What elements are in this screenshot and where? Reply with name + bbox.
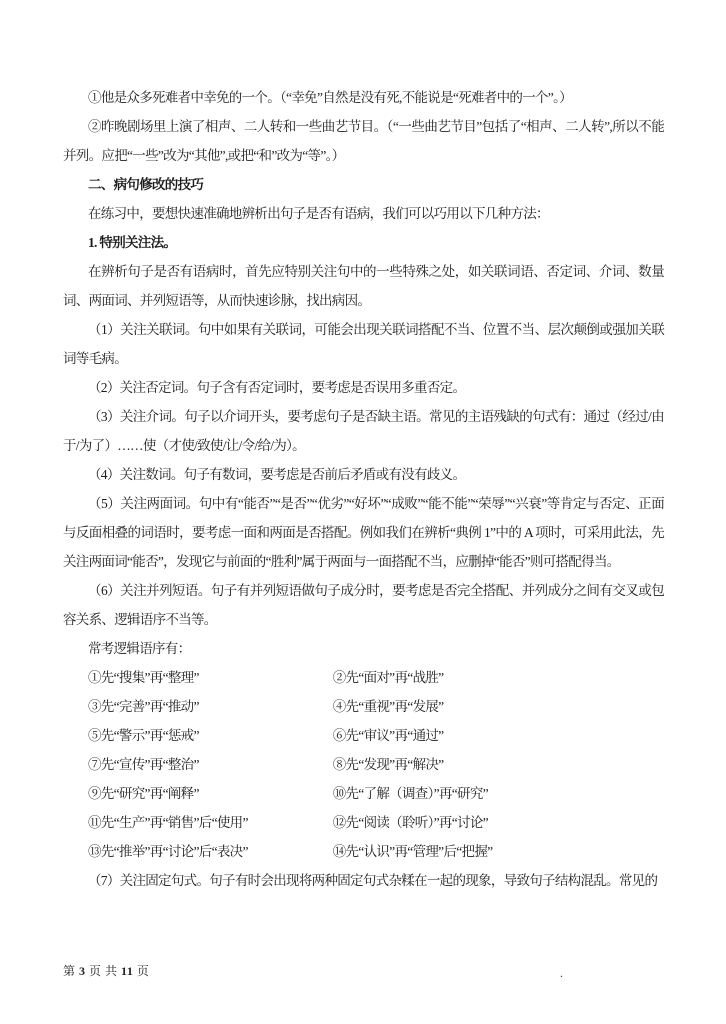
point-2-paragraph: （2）关注否定词。句子含有否定词时，要考虑是否误用多重否定。 [63, 373, 664, 402]
page-number: 3 [79, 964, 86, 978]
list-item-left: ⑬先“推举”再“讨论”后“表决” [88, 837, 330, 866]
list-item-left: ①先“搜集”再“整理” [88, 663, 330, 692]
point-4-paragraph: （4）关注数词。句子有数词，要考虑是否前后矛盾或有没有歧义。 [63, 460, 664, 489]
list-row: ⑦先“宣传”再“整治” ⑧先“发现”再“解决” [63, 750, 664, 779]
point-6-paragraph: （6）关注并列短语。句子有并列短语做句子成分时，要考虑是否完全搭配、并列成分之间… [63, 576, 664, 634]
list-item-left: ⑨先“研究”再“阐释” [88, 779, 330, 808]
total-pages: 11 [121, 964, 133, 978]
list-row: ⑪先“生产”再“销售”后“使用” ⑫先“阅读（聆听）”再“讨论” [63, 808, 664, 837]
intro-paragraph: 在练习中，要想快速准确地辨析出句子是否有语病，我们可以巧用以下几种方法： [63, 199, 664, 228]
method-intro-paragraph: 在辨析句子是否有语病时，首先应特别关注句中的一些特殊之处，如关联词语、否定词、介… [63, 257, 664, 315]
footer-prefix: 第 [63, 964, 76, 978]
list-item-right: ⑫先“阅读（聆听）”再“讨论” [333, 815, 488, 830]
list-item-left: ⑤先“警示”再“惩戒” [88, 721, 330, 750]
list-item-right: ⑥先“审议”再“通过” [333, 728, 444, 743]
list-item-left: ③先“完善”再“推动” [88, 692, 330, 721]
list-item-right: ②先“面对”再“战胜” [333, 670, 444, 685]
sentence-example-2: ②昨晚剧场里上演了相声、二人转和一些曲艺节目。（“一些曲艺节目”包括了“相声、二… [63, 112, 664, 170]
list-item-left: ⑪先“生产”再“销售”后“使用” [88, 808, 330, 837]
list-item-right: ④先“重视”再“发展” [333, 699, 444, 714]
page-content: ①他是众多死难者中幸免的一个。（“幸免”自然是没有死,不能说是“死难者中的一个”… [63, 83, 664, 895]
point-7-paragraph: （7）关注固定句式。句子有时会出现将两种固定句式杂糅在一起的现象，导致句子结构混… [63, 866, 664, 895]
stray-mark: . [560, 966, 563, 981]
list-row: ⑬先“推举”再“讨论”后“表决” ⑭先“认识”再“管理”后“把握” [63, 837, 664, 866]
footer-suffix: 页 [137, 964, 150, 978]
section-heading: 二、病句修改的技巧 [63, 170, 664, 199]
point-3-paragraph: （3）关注介词。句子以介词开头，要考虑句子是否缺主语。常见的主语残缺的句式有：通… [63, 402, 664, 460]
sentence-example-1: ①他是众多死难者中幸免的一个。（“幸免”自然是没有死,不能说是“死难者中的一个”… [63, 83, 664, 112]
point-5-paragraph: （5）关注两面词。句中有“能否”“是否”“优劣”“好坏”“成败”“能不能”“荣辱… [63, 489, 664, 576]
list-item-right: ⑩先“了解（调查）”再“研究” [333, 786, 488, 801]
list-row: ①先“搜集”再“整理” ②先“面对”再“战胜” [63, 663, 664, 692]
point-1-paragraph: （1）关注关联词。句中如果有关联词，可能会出现关联词搭配不当、位置不当、层次颠倒… [63, 315, 664, 373]
list-item-left: ⑦先“宣传”再“整治” [88, 750, 330, 779]
list-row: ③先“完善”再“推动” ④先“重视”再“发展” [63, 692, 664, 721]
logic-order-list: ①先“搜集”再“整理” ②先“面对”再“战胜” ③先“完善”再“推动” ④先“重… [63, 663, 664, 866]
method-heading: 1. 特别关注法。 [63, 228, 664, 257]
list-lead-in: 常考逻辑语序有： [63, 634, 664, 663]
list-item-right: ⑧先“发现”再“解决” [333, 757, 444, 772]
list-row: ⑤先“警示”再“惩戒” ⑥先“审议”再“通过” [63, 721, 664, 750]
document-page: ①他是众多死难者中幸免的一个。（“幸免”自然是没有死,不能说是“死难者中的一个”… [0, 0, 726, 1024]
list-item-right: ⑭先“认识”再“管理”后“把握” [333, 844, 493, 859]
page-footer: 第 3 页 共 11 页 [63, 963, 149, 979]
list-row: ⑨先“研究”再“阐释” ⑩先“了解（调查）”再“研究” [63, 779, 664, 808]
footer-mid: 页 共 [89, 964, 118, 978]
